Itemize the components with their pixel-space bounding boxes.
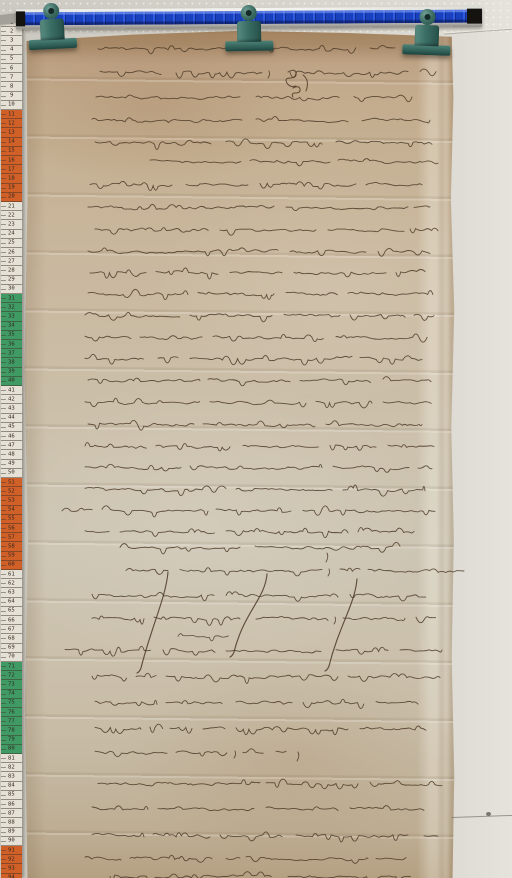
tape-unit-cell: 88 bbox=[1, 818, 22, 827]
tape-unit-number: 55 bbox=[8, 516, 15, 522]
tape-unit-cell: 78 bbox=[1, 726, 22, 735]
ruler-left-cap bbox=[16, 11, 25, 26]
tape-unit-number: 59 bbox=[8, 553, 15, 559]
photo-stage: 1234567891011121314151617181920212223242… bbox=[0, 0, 512, 878]
tape-unit-cell: 3 bbox=[1, 36, 22, 45]
tape-unit-cell: 83 bbox=[1, 772, 22, 781]
tape-unit-number: 28 bbox=[8, 268, 15, 274]
tape-unit-cell: 90 bbox=[1, 837, 22, 846]
tape-unit-number: 86 bbox=[8, 801, 15, 807]
tape-unit-number: 12 bbox=[8, 120, 15, 126]
tape-unit-number: 46 bbox=[8, 433, 15, 439]
vertical-tape-measure: 1234567891011121314151617181920212223242… bbox=[1, 18, 22, 878]
tape-unit-cell: 55 bbox=[1, 515, 22, 524]
tape-unit-cell: 63 bbox=[1, 588, 22, 597]
tape-unit-number: 73 bbox=[8, 682, 15, 688]
tape-unit-number: 93 bbox=[8, 866, 15, 872]
tape-unit-number: 8 bbox=[10, 84, 13, 90]
tape-unit-cell: 84 bbox=[1, 782, 22, 791]
tape-unit-cell: 59 bbox=[1, 552, 22, 561]
tape-unit-number: 20 bbox=[8, 194, 15, 200]
tape-unit-cell: 43 bbox=[1, 404, 22, 413]
tape-unit-number: 83 bbox=[8, 774, 15, 780]
manuscript-paper bbox=[24, 30, 456, 878]
tape-unit-cell: 71 bbox=[1, 662, 22, 671]
tape-unit-cell: 47 bbox=[1, 441, 22, 450]
tape-unit-cell: 36 bbox=[1, 340, 22, 349]
tape-unit-number: 89 bbox=[8, 829, 15, 835]
tape-unit-number: 11 bbox=[8, 111, 15, 117]
tape-unit-cell: 21 bbox=[1, 202, 22, 211]
tape-unit-cell: 8 bbox=[1, 82, 22, 91]
tape-unit-number: 88 bbox=[8, 820, 15, 826]
tape-unit-number: 71 bbox=[8, 663, 15, 669]
tape-unit-number: 52 bbox=[8, 488, 15, 494]
board-clip bbox=[225, 5, 274, 52]
tape-unit-number: 41 bbox=[8, 387, 15, 393]
tape-unit-cell: 32 bbox=[1, 303, 22, 312]
board-clip bbox=[402, 8, 452, 56]
tape-unit-cell: 79 bbox=[1, 736, 22, 745]
tape-unit-cell: 56 bbox=[1, 524, 22, 533]
tape-unit-cell: 6 bbox=[1, 64, 22, 73]
tape-unit-number: 69 bbox=[8, 645, 15, 651]
tape-unit-number: 74 bbox=[8, 691, 15, 697]
tape-unit-number: 29 bbox=[8, 277, 15, 283]
tape-unit-number: 30 bbox=[8, 286, 15, 292]
tape-unit-number: 62 bbox=[8, 580, 15, 586]
tape-unit-cell: 41 bbox=[1, 386, 22, 395]
tape-unit-number: 2 bbox=[10, 28, 13, 34]
tape-unit-number: 24 bbox=[8, 231, 15, 237]
tape-unit-number: 26 bbox=[8, 249, 15, 255]
tape-unit-cell: 35 bbox=[1, 331, 22, 340]
tape-unit-cell: 53 bbox=[1, 496, 22, 505]
tape-unit-number: 3 bbox=[10, 38, 13, 44]
tape-unit-number: 63 bbox=[8, 590, 15, 596]
tape-unit-cell: 46 bbox=[1, 432, 22, 441]
tape-unit-number: 78 bbox=[8, 728, 15, 734]
tape-unit-number: 23 bbox=[8, 222, 15, 228]
tape-unit-cell: 91 bbox=[1, 846, 22, 855]
tape-unit-number: 50 bbox=[8, 470, 15, 476]
tape-unit-cell: 10 bbox=[1, 101, 22, 110]
tape-unit-cell: 4 bbox=[1, 46, 22, 55]
tape-unit-cell: 65 bbox=[1, 607, 22, 616]
tape-unit-cell: 60 bbox=[1, 561, 22, 570]
tape-unit-number: 48 bbox=[8, 452, 15, 458]
tape-unit-number: 10 bbox=[8, 102, 15, 108]
tape-unit-cell: 80 bbox=[1, 745, 22, 754]
clip-body bbox=[237, 21, 261, 42]
tape-unit-number: 17 bbox=[8, 166, 15, 172]
clip-body bbox=[40, 18, 65, 40]
tape-unit-cell: 92 bbox=[1, 855, 22, 864]
tape-unit-cell: 42 bbox=[1, 395, 22, 404]
tape-unit-cell: 29 bbox=[1, 276, 22, 285]
tape-unit-cell: 49 bbox=[1, 460, 22, 469]
tape-unit-cell: 26 bbox=[1, 248, 22, 257]
tape-unit-number: 4 bbox=[10, 47, 13, 53]
tape-unit-cell: 85 bbox=[1, 791, 22, 800]
tape-unit-cell: 27 bbox=[1, 257, 22, 266]
tape-unit-number: 43 bbox=[8, 406, 15, 412]
tape-unit-number: 19 bbox=[8, 185, 15, 191]
board-clip bbox=[27, 2, 77, 50]
tape-unit-cell: 34 bbox=[1, 322, 22, 331]
tape-unit-cell: 93 bbox=[1, 864, 22, 873]
tape-unit-number: 35 bbox=[8, 332, 15, 338]
tape-unit-cell: 7 bbox=[1, 73, 22, 82]
tape-unit-cell: 28 bbox=[1, 266, 22, 275]
tape-unit-cell: 50 bbox=[1, 469, 22, 478]
tape-unit-number: 9 bbox=[10, 93, 13, 99]
tape-unit-number: 91 bbox=[8, 847, 15, 853]
tape-unit-number: 67 bbox=[8, 626, 15, 632]
tape-unit-number: 80 bbox=[8, 746, 15, 752]
tape-unit-cell: 5 bbox=[1, 55, 22, 64]
tape-unit-cell: 12 bbox=[1, 119, 22, 128]
tape-unit-cell: 30 bbox=[1, 285, 22, 294]
clip-plate bbox=[225, 41, 273, 52]
tape-unit-number: 40 bbox=[8, 378, 15, 384]
tape-unit-cell: 70 bbox=[1, 653, 22, 662]
tape-unit-cell: 17 bbox=[1, 165, 22, 174]
tape-unit-number: 64 bbox=[8, 599, 15, 605]
tape-unit-number: 54 bbox=[8, 507, 15, 513]
clip-hole bbox=[246, 10, 252, 16]
tape-unit-cell: 22 bbox=[1, 211, 22, 220]
tape-unit-cell: 81 bbox=[1, 754, 22, 763]
tape-unit-number: 92 bbox=[8, 856, 15, 862]
tape-unit-number: 16 bbox=[8, 157, 15, 163]
tape-unit-cell: 82 bbox=[1, 763, 22, 772]
tape-unit-cell: 38 bbox=[1, 358, 22, 367]
tape-unit-number: 45 bbox=[8, 424, 15, 430]
tape-unit-cell: 68 bbox=[1, 634, 22, 643]
tape-unit-cell: 31 bbox=[1, 294, 22, 303]
tape-unit-number: 18 bbox=[8, 176, 15, 182]
tape-unit-cell: 24 bbox=[1, 230, 22, 239]
tape-unit-cell: 13 bbox=[1, 128, 22, 137]
tape-unit-cell: 76 bbox=[1, 708, 22, 717]
tape-unit-cell: 14 bbox=[1, 138, 22, 147]
tape-unit-number: 34 bbox=[8, 323, 15, 329]
tape-unit-cell: 23 bbox=[1, 220, 22, 229]
tape-unit-cell: 16 bbox=[1, 156, 22, 165]
tape-unit-cell: 66 bbox=[1, 616, 22, 625]
tape-unit-number: 82 bbox=[8, 764, 15, 770]
tape-unit-number: 22 bbox=[8, 212, 15, 218]
tape-unit-number: 53 bbox=[8, 498, 15, 504]
tape-unit-cell: 37 bbox=[1, 349, 22, 358]
tape-unit-cell: 89 bbox=[1, 828, 22, 837]
tape-unit-number: 70 bbox=[8, 654, 15, 660]
tape-unit-number: 33 bbox=[8, 314, 15, 320]
tape-unit-cell: 64 bbox=[1, 598, 22, 607]
tape-unit-cell: 15 bbox=[1, 147, 22, 156]
tape-unit-number: 65 bbox=[8, 608, 15, 614]
tape-unit-number: 5 bbox=[10, 56, 13, 62]
tape-unit-number: 44 bbox=[8, 415, 15, 421]
tape-unit-cell: 9 bbox=[1, 92, 22, 101]
tape-unit-cell: 77 bbox=[1, 717, 22, 726]
tape-unit-number: 85 bbox=[8, 792, 15, 798]
tape-unit-cell: 48 bbox=[1, 450, 22, 459]
tape-unit-number: 6 bbox=[10, 65, 13, 71]
tape-unit-cell: 18 bbox=[1, 174, 22, 183]
tape-unit-number: 84 bbox=[8, 783, 15, 789]
tape-unit-cell: 86 bbox=[1, 800, 22, 809]
tape-unit-number: 56 bbox=[8, 525, 15, 531]
tape-unit-number: 81 bbox=[8, 755, 15, 761]
ruler-right-cap bbox=[467, 9, 482, 24]
tape-unit-number: 25 bbox=[8, 240, 15, 246]
wall-crack-knot bbox=[486, 812, 491, 816]
tape-unit-cell: 20 bbox=[1, 193, 22, 202]
tape-unit-cell: 39 bbox=[1, 368, 22, 377]
tape-unit-cell: 62 bbox=[1, 579, 22, 588]
tape-unit-cell: 72 bbox=[1, 671, 22, 680]
tape-unit-cell: 45 bbox=[1, 423, 22, 432]
tape-unit-number: 14 bbox=[8, 139, 15, 145]
tape-unit-cell: 19 bbox=[1, 184, 22, 193]
tape-unit-number: 72 bbox=[8, 672, 15, 678]
tape-unit-number: 76 bbox=[8, 709, 15, 715]
tape-unit-number: 57 bbox=[8, 534, 15, 540]
tape-unit-number: 87 bbox=[8, 810, 15, 816]
tape-unit-number: 61 bbox=[8, 571, 15, 577]
tape-unit-cell: 87 bbox=[1, 809, 22, 818]
tape-unit-number: 49 bbox=[8, 461, 15, 467]
tape-unit-number: 79 bbox=[8, 737, 15, 743]
tape-unit-number: 66 bbox=[8, 617, 15, 623]
tape-unit-number: 47 bbox=[8, 442, 15, 448]
tape-unit-number: 39 bbox=[8, 369, 15, 375]
tape-unit-number: 75 bbox=[8, 700, 15, 706]
tape-unit-number: 31 bbox=[8, 295, 15, 301]
tape-unit-number: 7 bbox=[10, 74, 13, 80]
tape-unit-cell: 54 bbox=[1, 506, 22, 515]
tape-unit-cell: 94 bbox=[1, 874, 22, 878]
tape-unit-cell: 57 bbox=[1, 533, 22, 542]
tape-unit-number: 15 bbox=[8, 148, 15, 154]
tape-unit-cell: 40 bbox=[1, 377, 22, 386]
tape-unit-cell: 25 bbox=[1, 239, 22, 248]
tape-unit-number: 38 bbox=[8, 360, 15, 366]
tape-unit-number: 21 bbox=[8, 203, 15, 209]
tape-unit-number: 13 bbox=[8, 130, 15, 136]
tape-unit-number: 42 bbox=[8, 396, 15, 402]
tape-unit-number: 58 bbox=[8, 544, 15, 550]
tape-unit-cell: 11 bbox=[1, 110, 22, 119]
tape-unit-number: 90 bbox=[8, 838, 15, 844]
tape-unit-cell: 58 bbox=[1, 542, 22, 551]
tape-unit-number: 60 bbox=[8, 562, 15, 568]
tape-unit-cell: 74 bbox=[1, 690, 22, 699]
tape-unit-cell: 73 bbox=[1, 680, 22, 689]
tape-unit-number: 77 bbox=[8, 718, 15, 724]
tape-unit-number: 37 bbox=[8, 350, 15, 356]
tape-unit-number: 36 bbox=[8, 341, 15, 347]
tape-unit-cell: 51 bbox=[1, 478, 22, 487]
tape-unit-cell: 33 bbox=[1, 312, 22, 321]
tape-unit-cell: 75 bbox=[1, 699, 22, 708]
tape-unit-number: 51 bbox=[8, 479, 15, 485]
tape-unit-cell: 69 bbox=[1, 644, 22, 653]
clip-body bbox=[415, 25, 440, 47]
tape-unit-number: 68 bbox=[8, 636, 15, 642]
tape-unit-cell: 67 bbox=[1, 625, 22, 634]
tape-unit-cell: 52 bbox=[1, 487, 22, 496]
tape-unit-number: 27 bbox=[8, 258, 15, 264]
tape-unit-cell: 61 bbox=[1, 570, 22, 579]
tape-unit-cell: 44 bbox=[1, 414, 22, 423]
tape-unit-number: 32 bbox=[8, 304, 15, 310]
